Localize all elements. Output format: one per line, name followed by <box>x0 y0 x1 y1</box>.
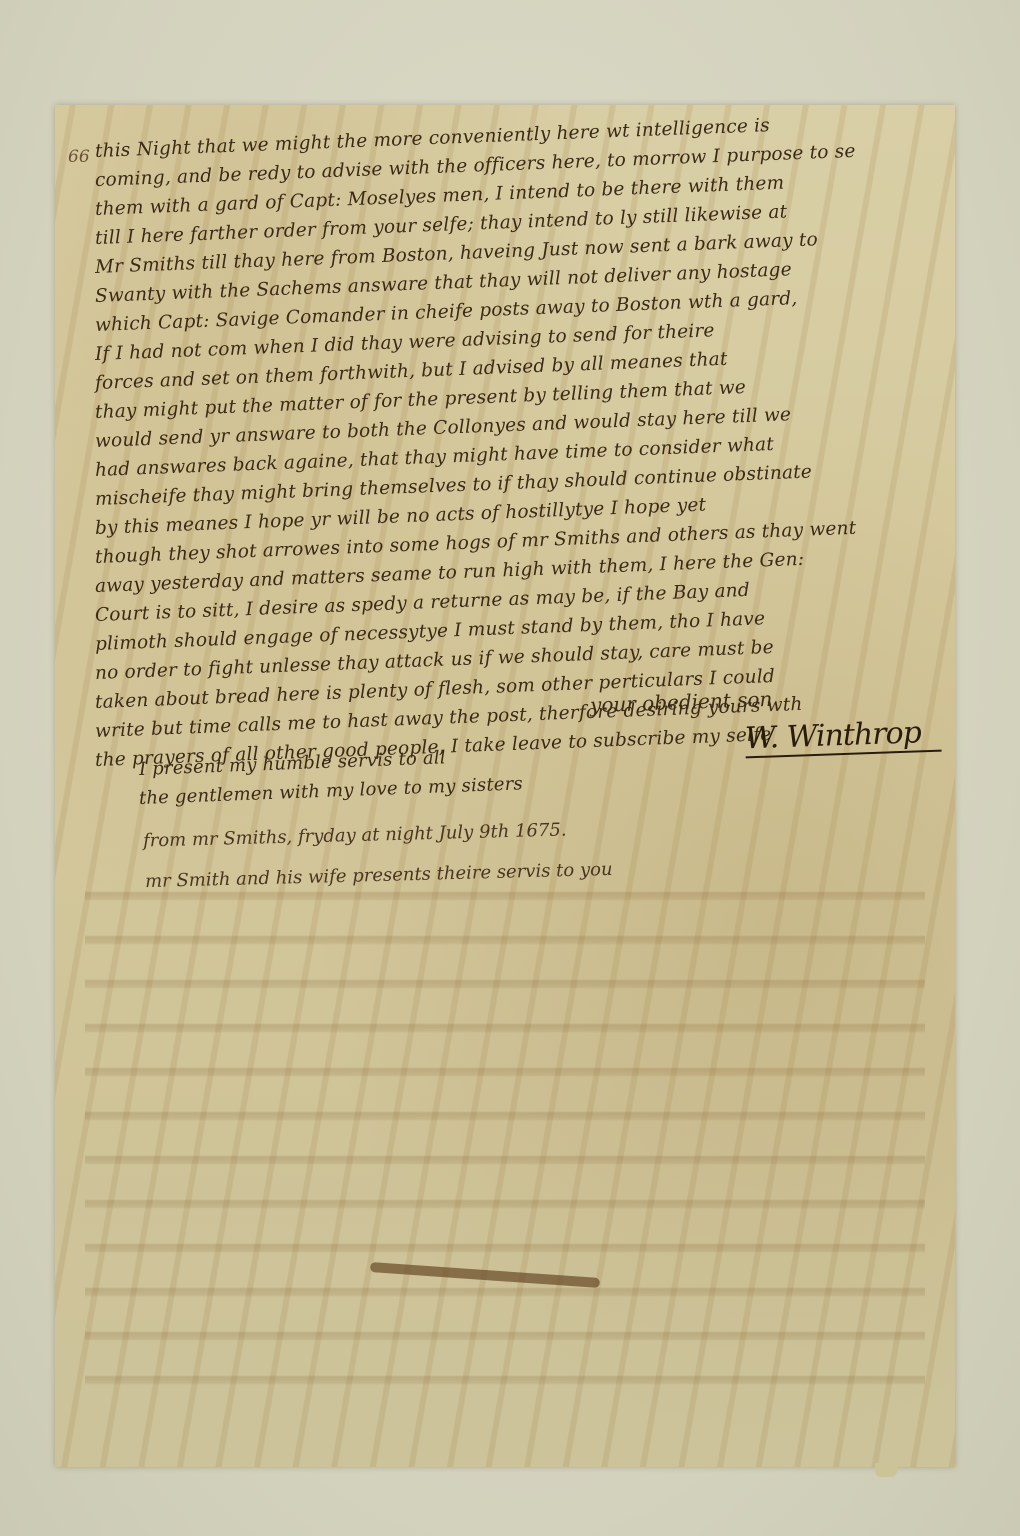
letter-body: this Night that we might the more conven… <box>95 137 955 775</box>
reverse-side-writing-shadow <box>85 865 925 1407</box>
postscript: I present my humble servis to all the ge… <box>139 755 523 813</box>
manuscript-page: 66 this Night that we might the more con… <box>55 105 955 1467</box>
folio-number: 66 <box>68 147 90 167</box>
signature: W. Winthrop <box>744 715 941 759</box>
